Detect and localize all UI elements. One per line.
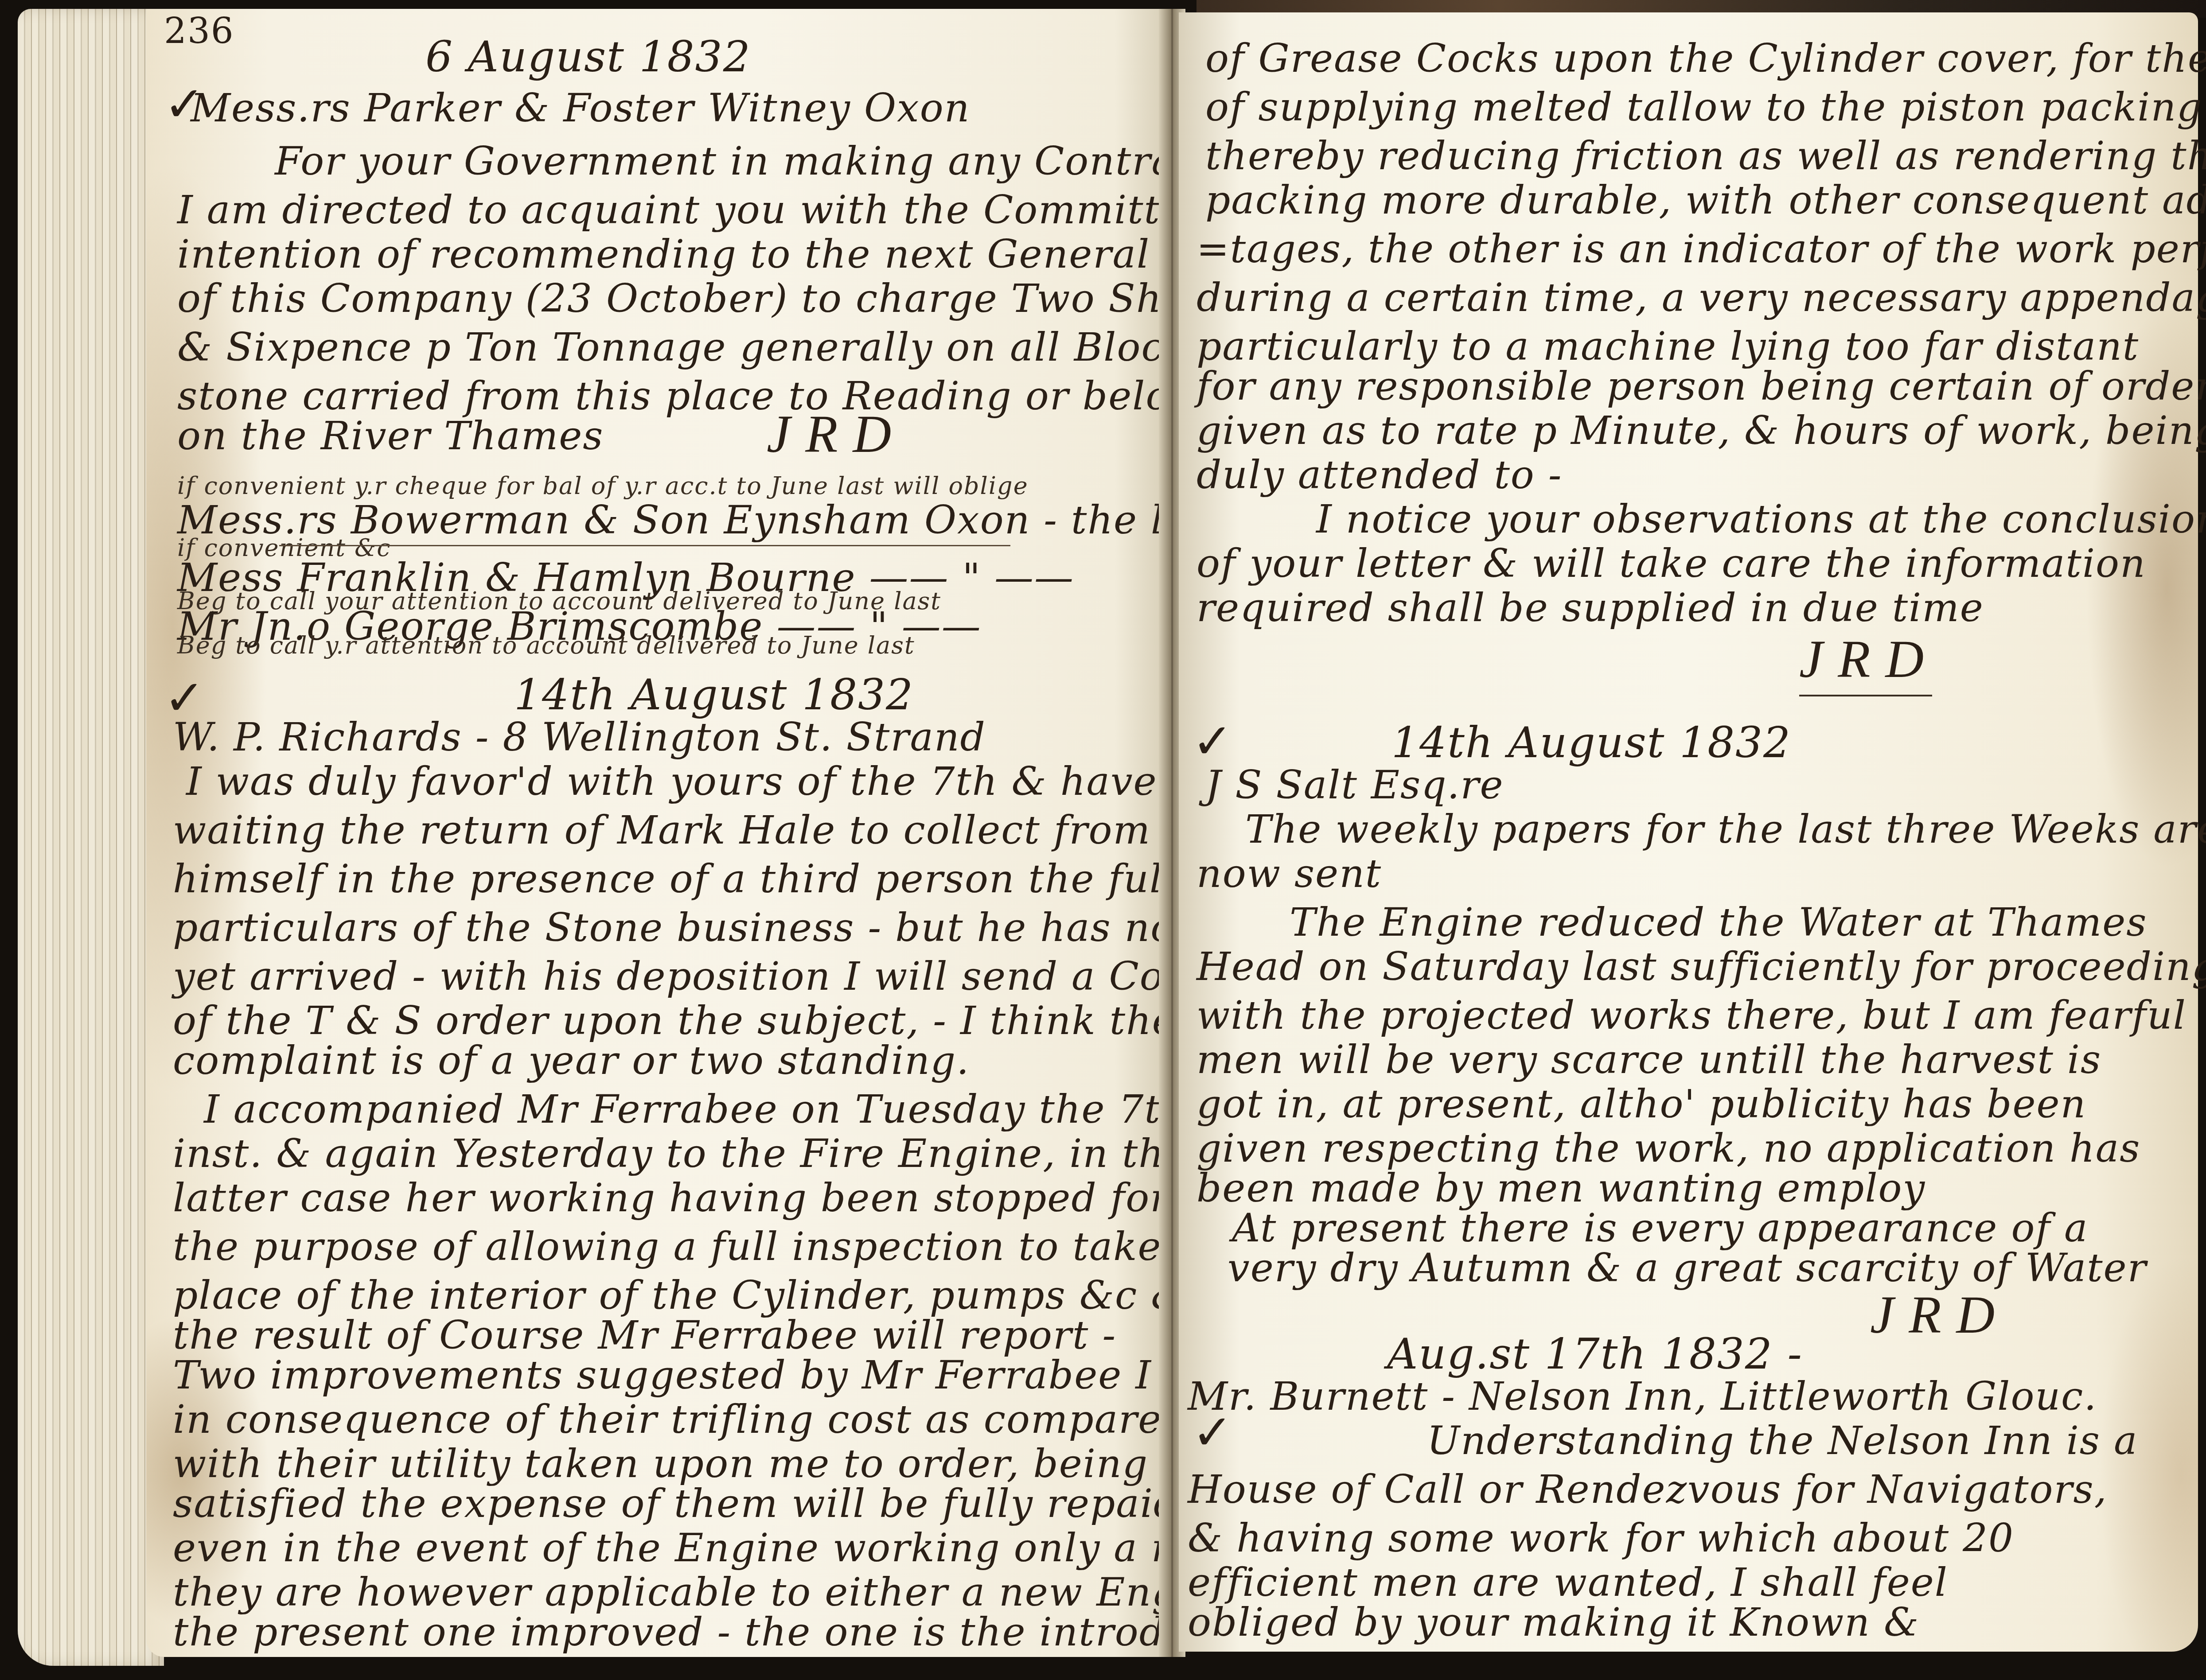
letter-line: yet arrived - with his deposition I will… xyxy=(173,957,1213,996)
letter-line: & having some work for which about 20 xyxy=(1188,1519,2014,1558)
letter-line: with their utility taken upon me to orde… xyxy=(173,1444,1148,1483)
open-letter-book: 236 6 August 1832 ✓ Mess.rs Parker & Fos… xyxy=(0,0,2206,1680)
letter-line: they are however applicable to either a … xyxy=(173,1573,1298,1612)
letter-line: I was duly favor'd with yours of the 7th… xyxy=(186,762,1271,801)
addressee: Mess.rs Parker & Foster Witney Oxon xyxy=(191,89,970,128)
entry-date: Aug.st 17th 1832 - xyxy=(1387,1333,1803,1375)
letter-line: the purpose of allowing a full inspectio… xyxy=(173,1227,1162,1266)
check-mark-icon: ✓ xyxy=(1192,717,1234,766)
letter-line: in consequence of their trifling cost as… xyxy=(173,1400,1188,1439)
letter-line: & Sixpence p Ton Tonnage generally on al… xyxy=(177,328,1285,367)
letter-line: men will be very scarce untill the harve… xyxy=(1197,1040,2101,1079)
letter-line: given respecting the work, no applicatio… xyxy=(1197,1129,2140,1168)
signature: J R D xyxy=(1870,1288,1996,1342)
letter-line: of your letter & will take care the info… xyxy=(1197,544,2146,583)
check-mark-icon: ✓ xyxy=(1192,1408,1234,1457)
letter-line: got in, at present, altho' publicity has… xyxy=(1197,1085,2086,1124)
addressee: Mr. Burnett - Nelson Inn, Littleworth Gl… xyxy=(1188,1377,2097,1416)
signature-rule xyxy=(1799,695,1932,696)
letter-line: For your Government in making any Contra… xyxy=(275,142,1215,181)
letter-line: I am directed to acquaint you with the C… xyxy=(177,191,1229,229)
letter-line: very dry Autumn & a great scarcity of Wa… xyxy=(1228,1248,2147,1287)
letter-line: of the T & S order upon the subject, - I… xyxy=(173,1001,1176,1040)
letter-line: required shall be supplied in due time xyxy=(1197,588,1984,627)
left-page: 236 6 August 1832 ✓ Mess.rs Parker & Fos… xyxy=(146,9,1165,1657)
letter-line: Understanding the Nelson Inn is a xyxy=(1427,1421,2138,1460)
letter-line: on the River Thames xyxy=(177,416,604,455)
letter-line: of this Company (23 October) to charge T… xyxy=(177,279,1288,318)
letter-line: The Engine reduced the Water at Thames xyxy=(1290,903,2148,942)
letter-line: even in the event of the Engine working … xyxy=(173,1528,1282,1567)
letter-line: particulars of the Stone business - but … xyxy=(173,908,1192,947)
addressee: J S Salt Esq.re xyxy=(1205,766,1504,805)
letter-line: complaint is of a year or two standing. xyxy=(173,1041,970,1080)
page-number: 236 xyxy=(164,13,234,49)
letter-line: particularly to a machine lying too far … xyxy=(1197,327,2139,366)
letter-line: efficient men are wanted, I shall feel xyxy=(1188,1563,1948,1602)
letter-line: waiting the return of Mark Hale to colle… xyxy=(173,811,1151,850)
letter-line: =tages, the other is an indicator of the… xyxy=(1197,229,2206,268)
letter-line: The weekly papers for the last three Wee… xyxy=(1245,810,2206,849)
letter-line: the result of Course Mr Ferrabee will re… xyxy=(173,1316,1116,1355)
letter-line: I notice your observations at the conclu… xyxy=(1316,500,2206,539)
letter-line: thereby reducing friction as well as ren… xyxy=(1205,136,2206,175)
letter-line: now sent xyxy=(1197,854,1382,893)
letter-line: inst. & again Yesterday to the Fire Engi… xyxy=(173,1134,1189,1173)
letter-line: with the projected works there, but I am… xyxy=(1197,996,2187,1035)
letter-line: for any responsible person being certain… xyxy=(1197,367,2206,406)
page-edge-stack xyxy=(18,9,164,1666)
note-line: Beg to call y.r attention to account del… xyxy=(177,634,915,657)
letter-line: stone carried from this place to Reading… xyxy=(177,377,1204,416)
entry-date: 14th August 1832 xyxy=(514,673,914,716)
letter-line: place of the interior of the Cylinder, p… xyxy=(173,1276,1187,1315)
letter-line: Head on Saturday last sufficiently for p… xyxy=(1197,947,2206,986)
letter-line: I accompanied Mr Ferrabee on Tuesday the… xyxy=(204,1090,1187,1129)
letter-line: himself in the presence of a third perso… xyxy=(173,859,1176,898)
letter-line: House of Call or Rendezvous for Navigato… xyxy=(1188,1470,2108,1509)
letter-line: given as to rate p Minute, & hours of wo… xyxy=(1197,411,2206,450)
letter-line: packing more durable, with other consequ… xyxy=(1205,181,2206,220)
letter-line: of supplying melted tallow to the piston… xyxy=(1205,88,2202,127)
letter-line: the present one improved - the one is th… xyxy=(173,1613,1294,1652)
letter-line: of Grease Cocks upon the Cylinder cover,… xyxy=(1205,39,2206,78)
signature: J R D xyxy=(767,408,892,461)
divider-rule xyxy=(279,545,1010,546)
letter-line: obliged by your making it Known & xyxy=(1188,1603,1919,1642)
addressee: W. P. Richards - 8 Wellington St. Strand xyxy=(173,718,986,757)
letter-line: been made by men wanting employ xyxy=(1197,1169,1925,1208)
letter-line: duly attended to - xyxy=(1197,455,1563,494)
letter-line: during a certain time, a very necessary … xyxy=(1197,278,2206,317)
letter-line: At present there is every appearance of … xyxy=(1232,1209,2088,1248)
right-page: of Grease Cocks upon the Cylinder cover,… xyxy=(1179,12,2198,1652)
entry-date: 14th August 1832 xyxy=(1391,721,1791,764)
letter-line: Two improvements suggested by Mr Ferrabe… xyxy=(173,1356,1262,1395)
letter-line: satisfied the expense of them will be fu… xyxy=(173,1484,1179,1523)
signature: J R D xyxy=(1799,633,1925,686)
note-line: if convenient y.r cheque for bal of y.r … xyxy=(177,474,1029,498)
entry-date: 6 August 1832 xyxy=(425,35,751,78)
letter-line: latter case her working having been stop… xyxy=(173,1178,1169,1217)
